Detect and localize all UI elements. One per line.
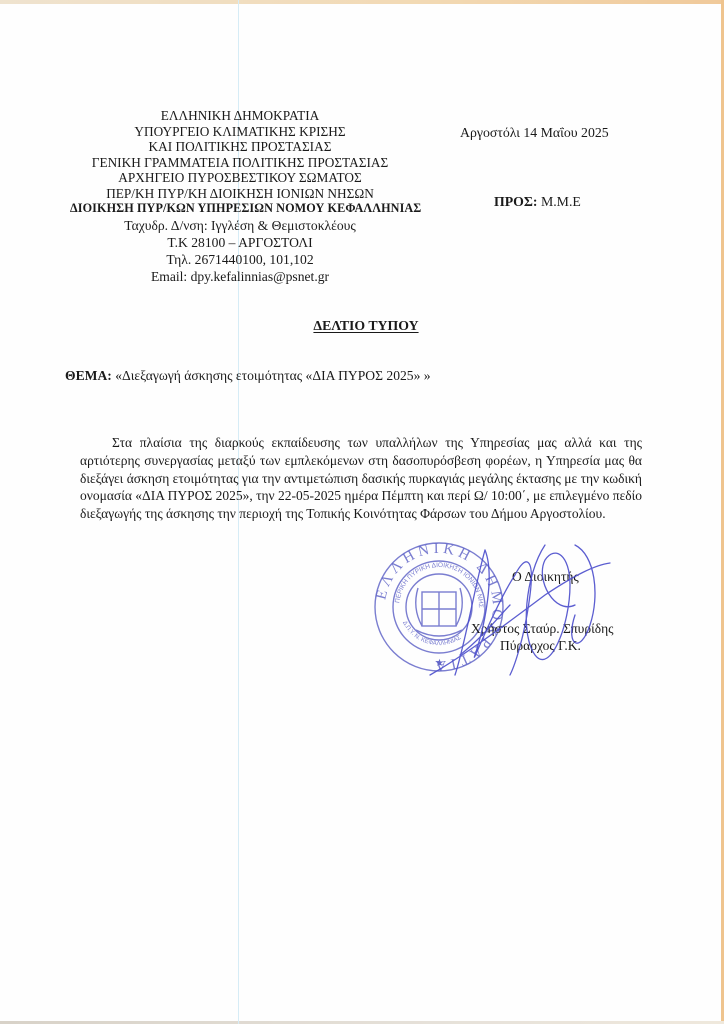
- subject-label: ΘΕΜΑ:: [65, 368, 112, 383]
- recipient-label: ΠΡΟΣ:: [494, 194, 538, 209]
- letterhead: ΕΛΛΗΝΙΚΗ ΔΗΜΟΚΡΑΤΙΑ ΥΠΟΥΡΓΕΙΟ ΚΛΙΜΑΤΙΚΗΣ…: [70, 108, 410, 285]
- recipient-value: Μ.Μ.Ε: [541, 194, 581, 209]
- subject-value: «Διεξαγωγή άσκησης ετοιμότητας «ΔΙΑ ΠΥΡΟ…: [115, 368, 430, 383]
- letterhead-line: ΠΕΡ/ΚΗ ΠΥΡ/ΚΗ ΔΙΟΙΚΗΣΗ ΙΟΝΙΩΝ ΝΗΣΩΝ: [70, 186, 410, 202]
- handwritten-signature: [425, 535, 655, 685]
- document-date: Αργοστόλι 14 Μαΐου 2025: [460, 125, 609, 141]
- document-page: ΕΛΛΗΝΙΚΗ ΔΗΜΟΚΡΑΤΙΑ ΥΠΟΥΡΓΕΙΟ ΚΛΙΜΑΤΙΚΗΣ…: [0, 0, 724, 1024]
- letterhead-line: ΚΑΙ ΠΟΛΙΤΙΚΗΣ ΠΡΟΣΤΑΣΙΑΣ: [70, 139, 410, 155]
- scan-edge-top: [0, 0, 724, 4]
- letterhead-phone: Τηλ. 2671440100, 101,102: [70, 251, 410, 268]
- letterhead-line: ΕΛΛΗΝΙΚΗ ΔΗΜΟΚΡΑΤΙΑ: [70, 108, 410, 124]
- letterhead-email: Email: dpy.kefalinnias@psnet.gr: [70, 268, 410, 285]
- letterhead-department: ΔΙΟΙΚΗΣΗ ΠΥΡ/ΚΩΝ ΥΠΗΡΕΣΙΩΝ ΝΟΜΟΥ ΚΕΦΑΛΛΗ…: [70, 201, 410, 217]
- letterhead-line: ΑΡΧΗΓΕΙΟ ΠΥΡΟΣΒΕΣΤΙΚΟΥ ΣΩΜΑΤΟΣ: [70, 170, 410, 186]
- document-title: ΔΕΛΤΙΟ ΤΥΠΟΥ: [0, 318, 724, 334]
- letterhead-line: ΥΠΟΥΡΓΕΙΟ ΚΛΙΜΑΤΙΚΗΣ ΚΡΙΣΗΣ: [70, 124, 410, 140]
- subject-line: ΘΕΜΑ: «Διεξαγωγή άσκησης ετοιμότητας «ΔΙ…: [65, 368, 431, 384]
- body-paragraph: Στα πλαίσια της διαρκούς εκπαίδευσης των…: [80, 434, 642, 523]
- letterhead-address: Ταχυδρ. Δ/νση: Ιγγλέση & Θεμιστοκλέους: [70, 217, 410, 234]
- letterhead-line: ΓΕΝΙΚΗ ΓΡΑΜΜΑΤΕΙΑ ΠΟΛΙΤΙΚΗΣ ΠΡΟΣΤΑΣΙΑΣ: [70, 155, 410, 171]
- recipient: ΠΡΟΣ: Μ.Μ.Ε: [494, 194, 581, 210]
- letterhead-postal: Τ.Κ 28100 – ΑΡΓΟΣΤΟΛΙ: [70, 234, 410, 251]
